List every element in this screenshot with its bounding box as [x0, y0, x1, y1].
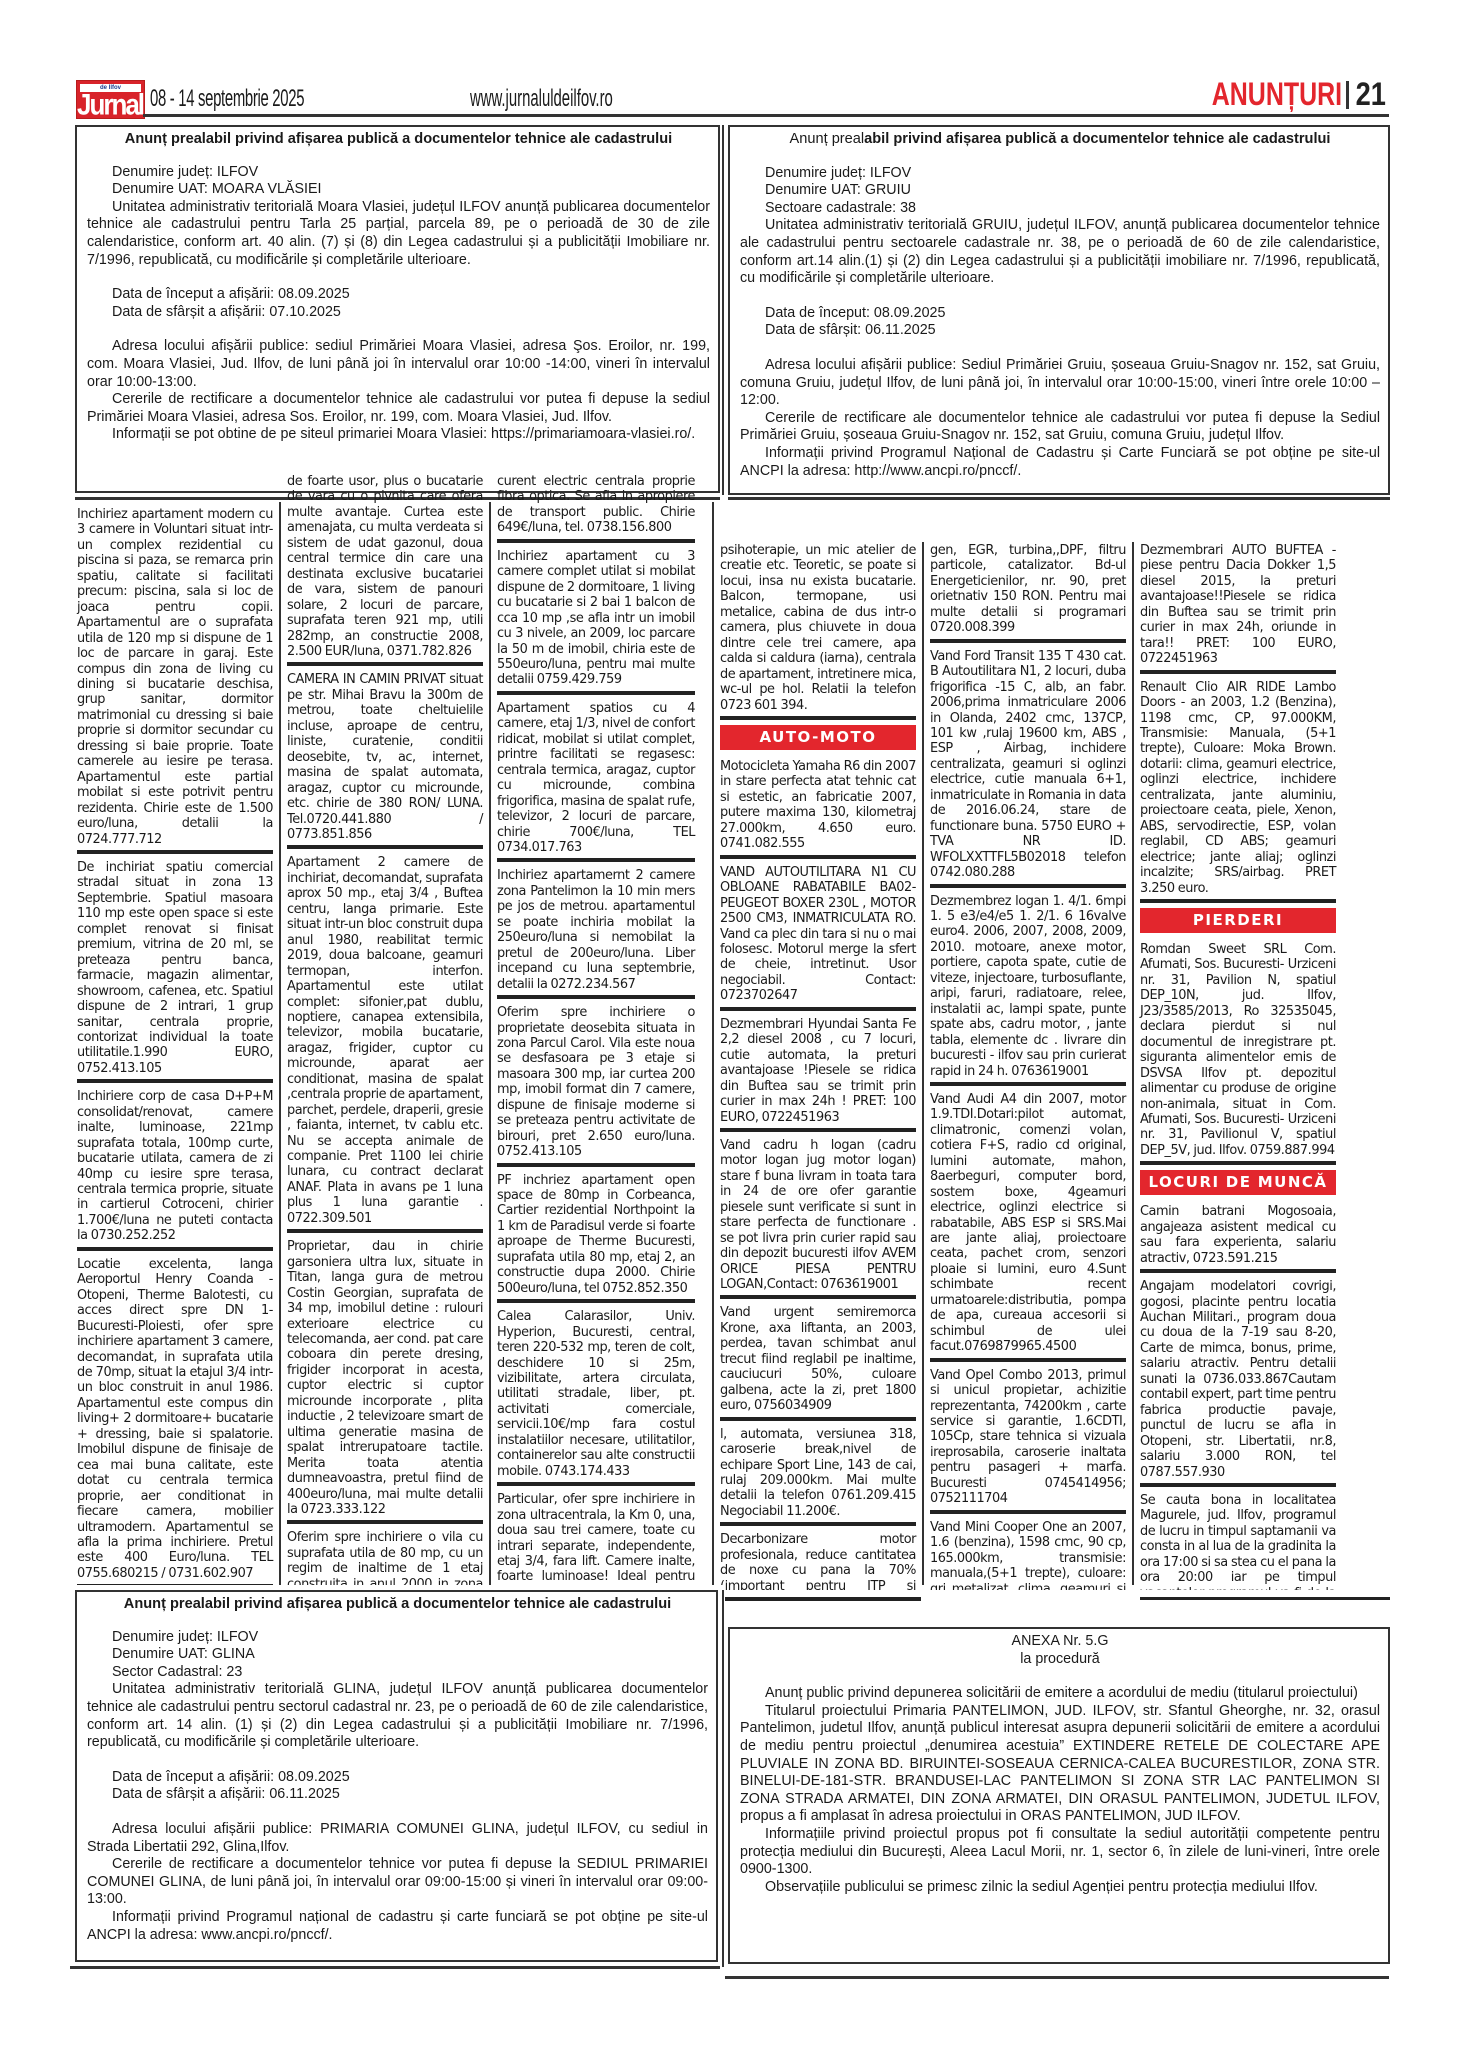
notice-uat: Denumire UAT: GLINA — [87, 1646, 708, 1664]
column-divider — [1132, 542, 1134, 1585]
category-header-locuri-de-munca: LOCURI DE MUNCĂ — [1140, 1170, 1336, 1195]
notice-body: Unitatea administrativ teritorială GLINA… — [87, 1681, 708, 1751]
notice-address: Adresa locului afișării publice: PRIMARI… — [87, 1821, 708, 1856]
column-divider — [712, 502, 714, 1585]
classified-ad: Oferim spre inchiriere o proprietate deo… — [497, 1004, 695, 1167]
notice-requests: Cererile de rectificare a documentelor t… — [87, 391, 710, 426]
notice-start-date: Data de început a afișării: 08.09.2025 — [87, 1769, 708, 1787]
header-divider — [1346, 81, 1349, 109]
classified-ad: Inchiriez apartamernt 2 camere zona Pant… — [497, 867, 695, 999]
notice-end-date: Data de sfârșit a afișării: 06.11.2025 — [87, 1786, 708, 1804]
classified-ad: Romdan Sweet SRL Com. Afumati, Sos. Bucu… — [1140, 941, 1336, 1165]
classified-ad: de foarte usor, plus o bucatarie de vara… — [287, 473, 483, 666]
notice-end-date: Data de sfârșit a afișării: 07.10.2025 — [87, 304, 710, 322]
notice-judet: Denumire județ: ILFOV — [87, 1629, 708, 1647]
notice-uat: Denumire UAT: GRUIU — [740, 182, 1380, 200]
notice-judet: Denumire județ: ILFOV — [87, 164, 710, 182]
classified-ad: Vand cadru h logan (cadru motor logan ju… — [720, 1137, 916, 1300]
bottom-rule — [725, 1976, 1389, 1979]
classified-ad: De inchiriat spatiu comercial stradal si… — [77, 859, 273, 1083]
classified-ad: Camin batrani Mogosoaia, angajeaza asist… — [1140, 1203, 1336, 1273]
category-header-pierderi: PIERDERI — [1140, 908, 1336, 933]
notice-requests: Cererile de rectificare a documentelor t… — [87, 1856, 708, 1909]
classified-ad: Dezmembrari Hyundai Santa Fe 2,2 diesel … — [720, 1016, 916, 1132]
classified-ad: Angajam modelatori covrigi, gogosi, plac… — [1140, 1278, 1336, 1487]
ad-rule — [1140, 1597, 1390, 1600]
anexa-subtitle: la procedură — [740, 1651, 1380, 1669]
ads-column-5: gen, EGR, turbina,,DPF, filtru particole… — [930, 542, 1126, 1698]
classified-ad: Vand Opel Combo 2013, primul si unicul p… — [930, 1367, 1126, 1514]
column-divider — [922, 542, 924, 1585]
logo-wordmark: Jurnalul — [77, 90, 144, 118]
classified-ad: gen, EGR, turbina,,DPF, filtru particole… — [930, 542, 1126, 643]
anexa-paragraph: Anunț public privind depunerea solicităr… — [740, 1685, 1380, 1703]
notice-info: Informații privind Programul Național de… — [740, 445, 1380, 480]
classified-ad: Proprietar, dau in chirie garsoniera ult… — [287, 1238, 483, 1524]
section-rule — [728, 497, 1390, 500]
classified-ad: Vand urgent semiremorca Krone, axa lifta… — [720, 1304, 916, 1420]
category-header-auto-moto: AUTO-MOTO — [720, 725, 916, 750]
notice-address: Adresa locului afișării publice: sediul … — [87, 338, 710, 391]
notice-uat: Denumire UAT: MOARA VLĂSIEI — [87, 181, 710, 199]
classified-ad: Locatie excelenta, langa Aeroportul Henr… — [77, 1256, 273, 1589]
ads-column-1: Inchiriez apartament modern cu 3 camere … — [77, 506, 273, 1726]
classified-ad: Inchiriere corp de casa D+P+M consolidat… — [77, 1088, 273, 1251]
classified-ad: VAND AUTOUTILITARA N1 CU OBLOANE RABATAB… — [720, 864, 916, 1011]
ads-column-6: Dezmembrari AUTO BUFTEA - piese pentru D… — [1140, 542, 1336, 1705]
anexa-paragraph: Observațiile publicului se primesc zilni… — [740, 1879, 1380, 1897]
header-rule — [143, 114, 1389, 117]
anexa-title: ANEXA Nr. 5.G — [740, 1633, 1380, 1651]
notice-anexa-5g: ANEXA Nr. 5.G la procedură Anunț public … — [728, 1627, 1390, 1964]
page-number: 21 — [1356, 76, 1386, 113]
notice-glina: Anunț prealabil privind afișarea publică… — [75, 1590, 718, 1962]
section-heading: ANUNȚURI 21 — [1175, 76, 1389, 113]
classified-ad: Vand Audi A4 din 2007, motor 1.9.TDI.Dot… — [930, 1091, 1126, 1362]
notice-body: Unitatea administrativ teritorială GRUIU… — [740, 217, 1380, 287]
classified-ad: Calea Calarasilor, Univ. Hyperion, Bucur… — [497, 1308, 695, 1486]
notice-gruiu: Anunț prealabil privind afișarea publică… — [728, 125, 1390, 495]
classified-ad: Motocicleta Yamaha R6 din 2007 in stare … — [720, 758, 916, 859]
classified-ad: Apartament 2 camere de inchiriat, decoma… — [287, 854, 483, 1233]
notice-start-date: Data de început a afișării: 08.09.2025 — [87, 286, 710, 304]
notice-moara-vlasiei: Anunț prealabil privind afișarea publică… — [75, 125, 720, 493]
classified-ad: Dezmembrez logan 1. 4/1. 6mpi 1. 5 e3/e4… — [930, 893, 1126, 1086]
notice-requests: Cererile de rectificare ale documentelor… — [740, 410, 1380, 445]
notice-start-date: Data de început: 08.09.2025 — [740, 305, 1380, 323]
notice-sector: Sector Cadastral: 23 — [87, 1664, 708, 1682]
notice-body: Unitatea administrativ teritorială Moara… — [87, 199, 710, 269]
anexa-paragraph: Informațiile privind proiectul propus po… — [740, 1826, 1380, 1879]
newspaper-logo: de Ilfov Jurnalul — [76, 80, 145, 119]
notice-title: Anunț prealabil privind afișarea publică… — [87, 1596, 708, 1614]
classified-ad: CAMERA IN CAMIN PRIVAT situat pe str. Mi… — [287, 671, 483, 849]
classified-ad: l, automata, versiunea 318, caroserie br… — [720, 1426, 916, 1527]
notice-title: Anunț prealabil privind afișarea publică… — [740, 131, 1380, 149]
notice-info: Informații privind Programul național de… — [87, 1909, 708, 1944]
ads-column-4: psihoterapie, un mic atelier de creatie … — [720, 542, 916, 1726]
notice-address: Adresa locului afișării publice: Sediul … — [740, 357, 1380, 410]
section-name: ANUNȚURI — [1212, 76, 1342, 113]
notice-info: Informații se pot obtine de pe siteul pr… — [87, 426, 710, 444]
classified-ad: PF inchriez apartament open space de 80m… — [497, 1172, 695, 1304]
column-divider — [489, 502, 491, 1585]
ads-column-2: de foarte usor, plus o bucatarie de vara… — [287, 473, 483, 1693]
section-rule — [70, 1966, 720, 1969]
classified-ad: Apartament spatios cu 4 camere, etaj 1/3… — [497, 700, 695, 863]
column-divider — [722, 125, 724, 495]
classified-ad: curent electric centrala proprie fibra o… — [497, 473, 695, 543]
mask — [70, 0, 1410, 72]
classified-ad: Inchiriez apartament modern cu 3 camere … — [77, 506, 273, 854]
issue-date: 08 - 14 septembrie 2025 — [150, 85, 304, 113]
notice-judet: Denumire județ: ILFOV — [740, 165, 1380, 183]
site-url: www.jurnaluldeilfov.ro — [470, 85, 613, 113]
classified-ad: Dezmembrari AUTO BUFTEA - piese pentru D… — [1140, 542, 1336, 674]
notice-end-date: Data de sfârșit: 06.11.2025 — [740, 322, 1380, 340]
title-plain: Anunț preal — [790, 131, 865, 147]
ad-rule — [725, 1597, 921, 1601]
notice-title: Anunț prealabil privind afișarea publică… — [87, 131, 710, 149]
classified-ad: Vand Ford Transit 135 T 430 cat. B Autou… — [930, 648, 1126, 888]
column-divider — [722, 1590, 724, 1967]
title-bold: abil privind afișarea publică a document… — [864, 131, 1330, 147]
notice-sector: Sectoare cadastrale: 38 — [740, 200, 1380, 218]
anexa-paragraph: Titularul proiectului Primaria PANTELIMO… — [740, 1703, 1380, 1826]
classified-ad: psihoterapie, un mic atelier de creatie … — [720, 542, 916, 720]
column-divider — [279, 502, 281, 1585]
ads-column-3: curent electric centrala proprie fibra o… — [497, 473, 695, 1608]
classified-ad: Renault Clio AIR RIDE Lambo Doors - an 2… — [1140, 679, 1336, 903]
classified-ad: Inchiriez apartament cu 3 camere complet… — [497, 548, 695, 695]
